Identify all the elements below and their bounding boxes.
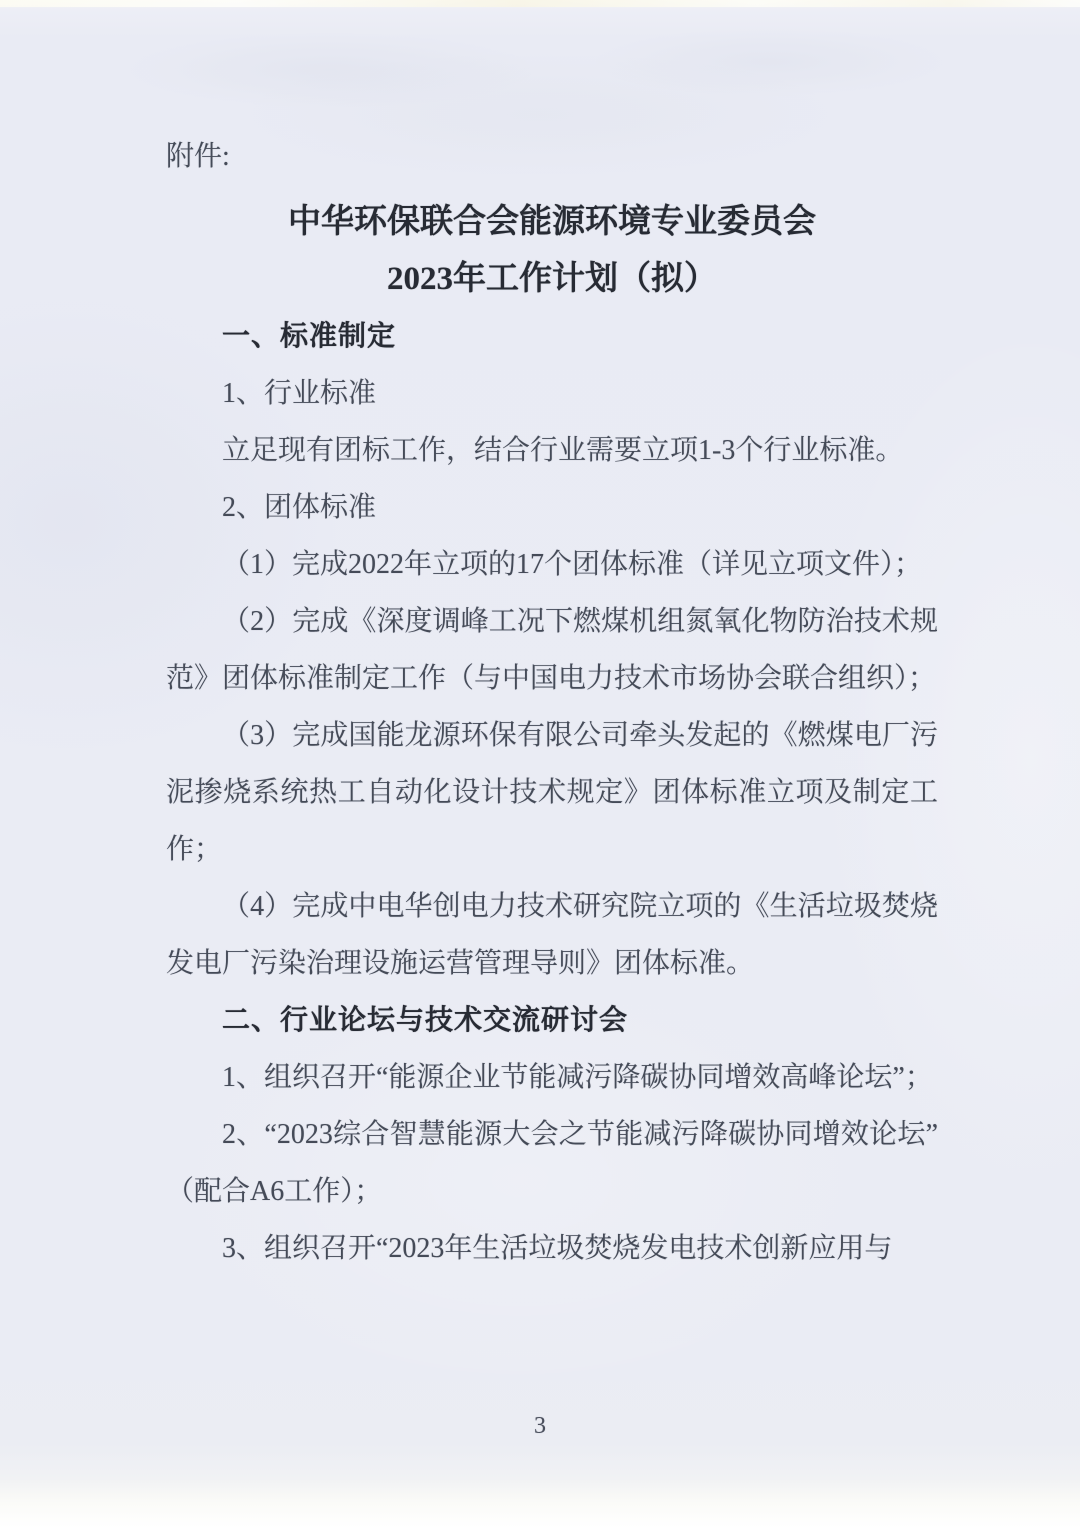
- paragraph-forum-1: 1、组织召开“能源企业节能减污降碳协同增效高峰论坛”；: [166, 1049, 938, 1106]
- paragraph-item-2: （2）完成《深度调峰工况下燃煤机组氮氧化物防治技术规范》团体标准制定工作（与中国…: [166, 593, 938, 707]
- paragraph-group-standard: 2、团体标准: [166, 479, 938, 536]
- photo-top-edge: [0, 0, 1080, 7]
- section-heading-1: 一、标准制定: [166, 308, 938, 365]
- scanned-document-page: 附件: 中华环保联合会能源环境专业委员会 2023年工作计划（拟） 一、标准制定…: [0, 0, 1080, 1528]
- document-content: 附件: 中华环保联合会能源环境专业委员会 2023年工作计划（拟） 一、标准制定…: [166, 128, 938, 1277]
- section-heading-2: 二、行业论坛与技术交流研讨会: [166, 992, 938, 1049]
- paragraph-item-1: （1）完成2022年立项的17个团体标准（详见立项文件）；: [166, 536, 938, 593]
- page-number: 3: [0, 1408, 1080, 1444]
- paragraph-item-4: （4）完成中电华创电力技术研究院立项的《生活垃圾焚烧发电厂污染治理设施运营管理导…: [166, 878, 938, 992]
- paragraph-item-3: （3）完成国能龙源环保有限公司牵头发起的《燃煤电厂污泥掺烧系统热工自动化设计技术…: [166, 707, 938, 878]
- paragraph-industry-standard-detail: 立足现有团标工作，结合行业需要立项1-3个行业标准。: [166, 422, 938, 479]
- paragraph-forum-3: 3、组织召开“2023年生活垃圾焚烧发电技术创新应用与: [166, 1220, 938, 1277]
- document-subtitle: 2023年工作计划（拟）: [166, 251, 938, 308]
- paragraph-industry-standard: 1、行业标准: [166, 365, 938, 422]
- attachment-label: 附件:: [166, 128, 938, 185]
- document-title: 中华环保联合会能源环境专业委员会: [166, 193, 938, 251]
- paragraph-forum-2: 2、“2023综合智慧能源大会之节能减污降碳协同增效论坛”（配合A6工作）；: [166, 1106, 938, 1220]
